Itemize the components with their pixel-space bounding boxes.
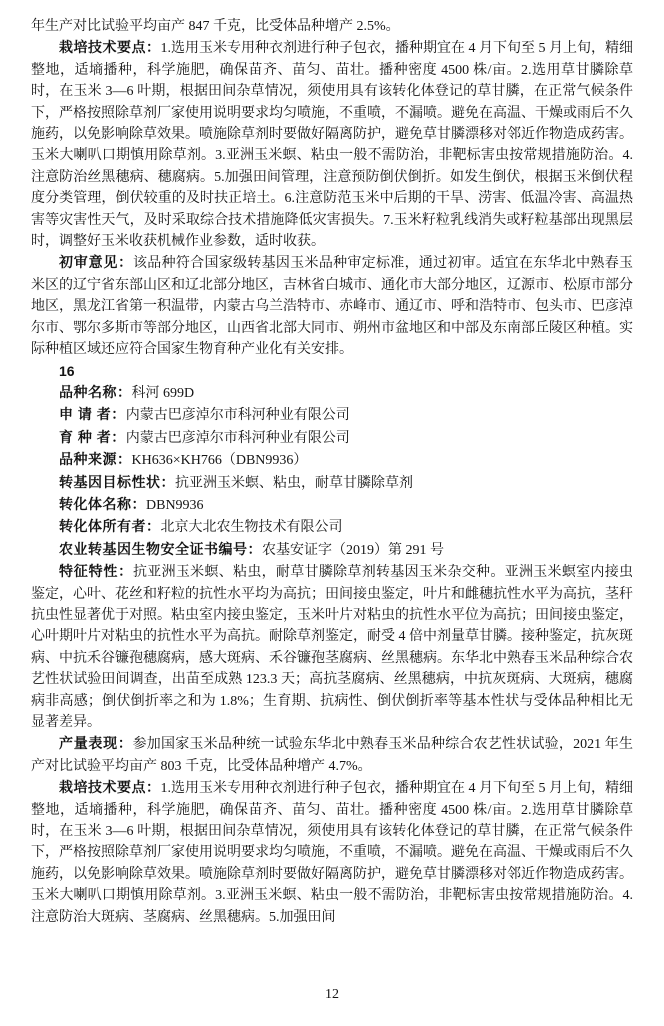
field-value: 农基安证字（2019）第 291 号 bbox=[262, 543, 444, 558]
cultivation-points-label: 栽培技术要点： bbox=[59, 39, 161, 55]
field-label: 转化体所有者： bbox=[59, 518, 161, 534]
field-label: 品种来源： bbox=[59, 451, 132, 467]
yield-performance-label: 产量表现： bbox=[59, 735, 133, 751]
preliminary-review-text: 该品种符合国家级转基因玉米品种审定标准，通过初审。适宜在东华北中熟春玉米区的辽宁… bbox=[31, 256, 633, 357]
field-variety-name: 品种名称：科河 699D bbox=[31, 382, 633, 404]
document-page: 年生产对比试验平均亩产 847 千克，比受体品种增产 2.5%。 栽培技术要点：… bbox=[0, 0, 664, 1026]
field-label: 转化体名称： bbox=[59, 496, 146, 512]
cultivation-points-text: 1.选用玉米专用种衣剂进行种子包衣，播种期宜在 4 月下旬至 5 月上旬，精细整… bbox=[31, 41, 633, 249]
characteristics-label: 特征特性： bbox=[59, 563, 133, 579]
field-breeder: 育 种 者：内蒙古巴彦淖尔市科河种业有限公司 bbox=[31, 427, 633, 449]
field-value: 内蒙古巴彦淖尔市科河种业有限公司 bbox=[126, 431, 350, 446]
field-value: 抗亚洲玉米螟、粘虫，耐草甘膦除草剂 bbox=[175, 476, 413, 491]
preliminary-review-label: 初审意见： bbox=[59, 254, 133, 270]
field-value: 科河 699D bbox=[132, 386, 195, 401]
field-gm-target-trait: 转基因目标性状：抗亚洲玉米螟、粘虫，耐草甘膦除草剂 bbox=[31, 472, 633, 494]
characteristics-text: 抗亚洲玉米螟、粘虫，耐草甘膦除草剂转基因玉米杂交种。亚洲玉米螟室内接虫鉴定，心叶… bbox=[31, 565, 633, 730]
field-value: KH636×KH766（DBN9936） bbox=[132, 453, 308, 468]
page-number: 12 bbox=[0, 984, 664, 1005]
entry-number: 16 bbox=[31, 361, 633, 382]
field-applicant: 申 请 者：内蒙古巴彦淖尔市科河种业有限公司 bbox=[31, 404, 633, 426]
field-label: 育 种 者： bbox=[59, 429, 126, 445]
preliminary-review-paragraph: 初审意见：该品种符合国家级转基因玉米品种审定标准，通过初审。适宜在东华北中熟春玉… bbox=[31, 252, 633, 360]
cultivation-points-paragraph: 栽培技术要点：1.选用玉米专用种衣剂进行种子包衣，播种期宜在 4 月下旬至 5 … bbox=[31, 37, 633, 252]
cultivation-points-paragraph-2: 栽培技术要点：1.选用玉米专用种衣剂进行种子包衣，播种期宜在 4 月下旬至 5 … bbox=[31, 777, 633, 928]
field-transformant-owner: 转化体所有者：北京大北农生物技术有限公司 bbox=[31, 516, 633, 538]
continuation-text: 年生产对比试验平均亩产 847 千克，比受体品种增产 2.5%。 bbox=[31, 19, 400, 34]
field-variety-source: 品种来源：KH636×KH766（DBN9936） bbox=[31, 449, 633, 471]
field-biosafety-certificate: 农业转基因生物安全证书编号：农基安证字（2019）第 291 号 bbox=[31, 539, 633, 561]
field-label: 申 请 者： bbox=[59, 406, 126, 422]
field-label: 转基因目标性状： bbox=[59, 474, 175, 490]
field-label: 品种名称： bbox=[59, 384, 132, 400]
yield-performance-paragraph: 产量表现：参加国家玉米品种统一试验东华北中熟春玉米品种综合农艺性状试验，2021… bbox=[31, 733, 633, 777]
field-transformant-name: 转化体名称：DBN9936 bbox=[31, 494, 633, 516]
continuation-paragraph: 年生产对比试验平均亩产 847 千克，比受体品种增产 2.5%。 bbox=[31, 16, 633, 37]
characteristics-paragraph: 特征特性：抗亚洲玉米螟、粘虫，耐草甘膦除草剂转基因玉米杂交种。亚洲玉米螟室内接虫… bbox=[31, 561, 633, 733]
field-value: 内蒙古巴彦淖尔市科河种业有限公司 bbox=[126, 408, 350, 423]
field-value: DBN9936 bbox=[146, 498, 204, 513]
field-label: 农业转基因生物安全证书编号： bbox=[59, 541, 262, 557]
field-value: 北京大北农生物技术有限公司 bbox=[161, 520, 343, 535]
cultivation-points-label-2: 栽培技术要点： bbox=[59, 779, 161, 795]
cultivation-points-text-2: 1.选用玉米专用种衣剂进行种子包衣，播种期宜在 4 月下旬至 5 月上旬，精细整… bbox=[31, 781, 633, 924]
